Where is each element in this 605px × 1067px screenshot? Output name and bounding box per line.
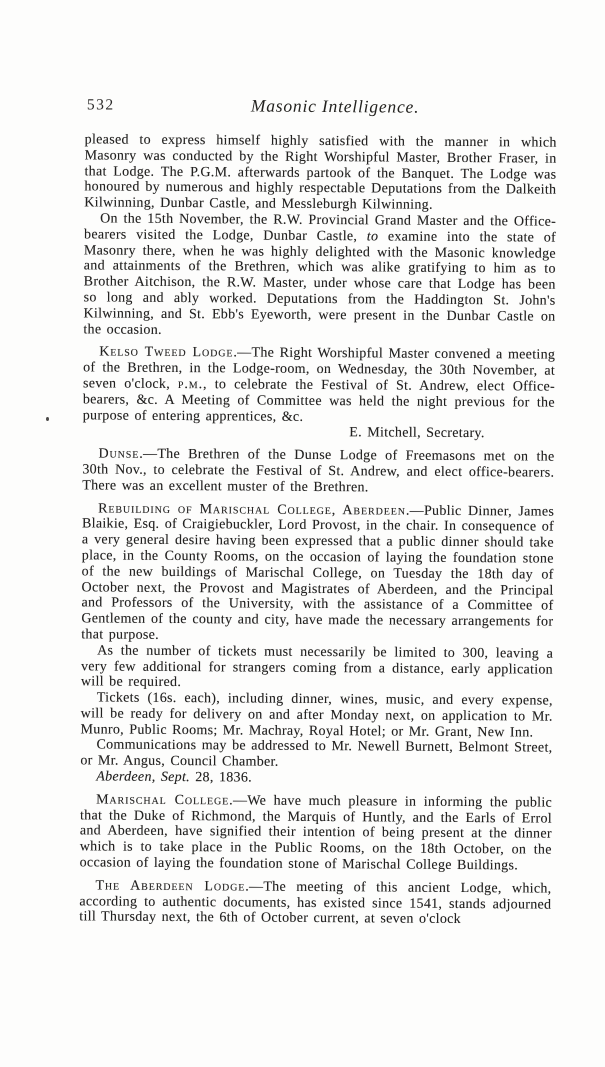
running-title: Masonic Intelligence. — [251, 96, 420, 118]
text-segment: 28, 1836. — [190, 770, 252, 785]
text-segment: Communications may be addressed to Mr. N… — [80, 738, 552, 770]
page-number: 532 — [87, 96, 115, 114]
text-segment: .—The Brethren of the Dunse Lodge of Fre… — [82, 447, 554, 495]
text-segment: examine into the state of Masonry there,… — [83, 229, 556, 337]
paragraph: On the 15th November, the R.W. Provincia… — [83, 211, 556, 341]
text-segment: pleased to express himself highly satisf… — [84, 132, 557, 213]
paragraph: Kelso Tweed Lodge.—The Right Worshipful … — [83, 345, 556, 427]
paragraph: Rebuilding of Marischal College, Aberdee… — [81, 501, 554, 646]
section-lead: Rebuilding of Marischal College, Aberdee… — [98, 501, 406, 518]
page-header: 532 Masonic Intelligence. — [85, 96, 557, 135]
paragraph: Dunse.—The Brethren of the Dunse Lodge o… — [82, 446, 554, 497]
section-lead: Dunse — [98, 447, 139, 462]
paragraph: Communications may be addressed to Mr. N… — [80, 738, 552, 773]
signature-line: E. Mitchell, Secretary. — [83, 424, 555, 443]
paragraph: The Aberdeen Lodge.—The meeting of this … — [79, 878, 551, 929]
paragraph: Aberdeen, Sept. 28, 1836. — [80, 769, 552, 788]
page-content: 532 Masonic Intelligence. pleased to exp… — [79, 96, 557, 929]
text-segment: .—Public Dinner, James Blaikie, Esq. of … — [81, 503, 554, 643]
text-segment: E. Mitchell, Secretary. — [349, 426, 484, 442]
section-lead: The Aberdeen Lodge — [95, 878, 245, 894]
section-lead: Marischal College — [96, 792, 229, 808]
text-segment: As the number of tickets must necessaril… — [81, 643, 553, 690]
paragraph: As the number of tickets must necessaril… — [81, 643, 553, 694]
text-segment: to — [367, 229, 379, 244]
paragraph: Marischal College.—We have much pleasure… — [80, 792, 553, 874]
ink-speck — [46, 417, 49, 421]
document-page: 532 Masonic Intelligence. pleased to exp… — [0, 0, 605, 1067]
section-lead: Kelso Tweed Lodge — [99, 345, 233, 361]
section-lead: p.m. — [178, 377, 203, 392]
paragraph: Tickets (16s. each), including dinner, w… — [81, 690, 553, 741]
text-segment: Aberdeen, Sept. — [96, 770, 190, 786]
paragraph: pleased to express himself highly satisf… — [84, 132, 557, 214]
text-segment: Tickets (16s. each), including dinner, w… — [81, 691, 553, 741]
page-text: pleased to express himself highly satisf… — [79, 132, 557, 929]
